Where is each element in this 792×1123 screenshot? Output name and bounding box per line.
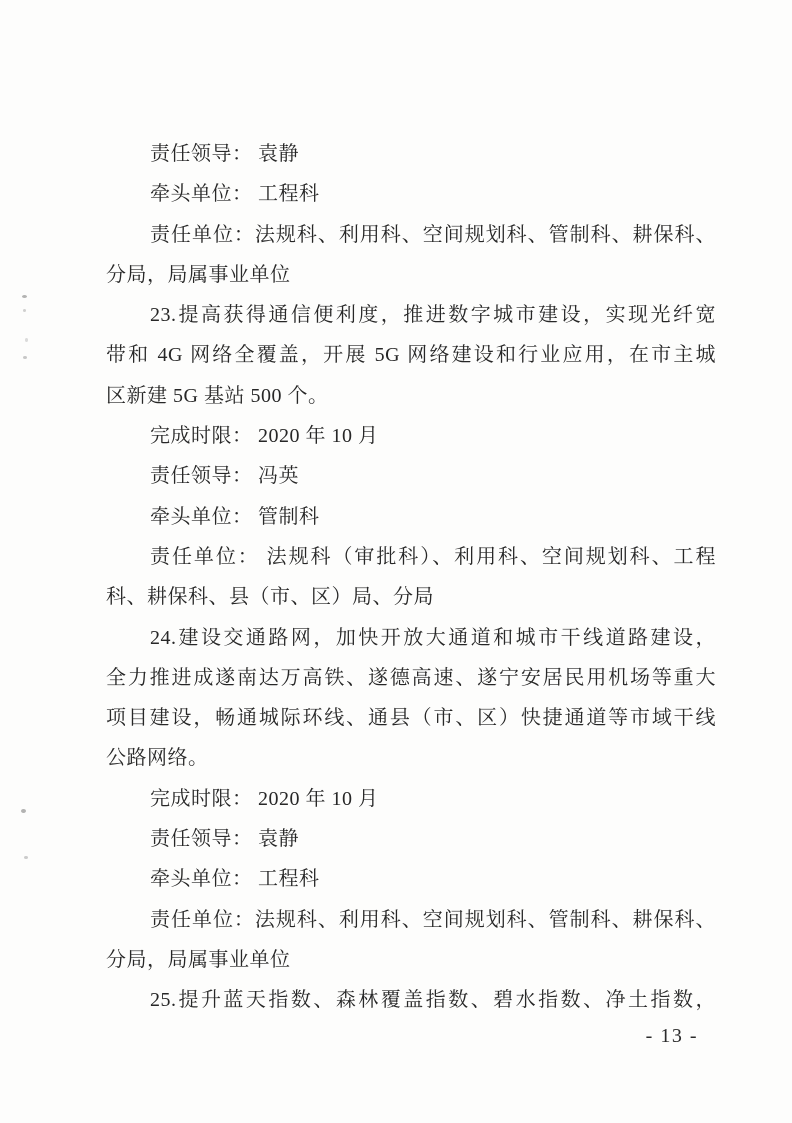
document-line: 完成时限： 2020 年 10 月 [106,779,716,819]
scan-speckle [22,295,27,298]
document-line: 责任单位：法规科、利用科、空间规划科、管制科、耕保科、 [106,900,716,940]
document-line: 23.提高获得通信便利度，推进数字城市建设，实现光纤宽 [106,295,716,335]
scan-speckle [23,356,27,359]
document-line: 带和 4G 网络全覆盖，开展 5G 网络建设和行业应用，在市主城 [106,335,716,375]
document-line: 科、耕保科、县（市、区）局、分局 [106,577,716,617]
document-line: 责任领导： 袁静 [106,819,716,859]
scan-speckle [23,309,26,312]
document-line: 分局，局属事业单位 [106,940,716,980]
document-line: 责任单位： 法规科（审批科）、利用科、空间规划科、工程 [106,537,716,577]
document-line: 公路网络。 [106,738,716,778]
document-line: 完成时限： 2020 年 10 月 [106,416,716,456]
scan-speckle [21,809,26,813]
document-line: 项目建设，畅通城际环线、通县（市、区）快捷通道等市域干线 [106,698,716,738]
page-number: - 13 - [646,1025,698,1048]
scan-speckle [24,856,28,859]
document-line: 全力推进成遂南达万高铁、遂德高速、遂宁安居民用机场等重大 [106,658,716,698]
document-line: 牵头单位： 管制科 [106,497,716,537]
document-line: 牵头单位： 工程科 [106,859,716,899]
document-line: 牵头单位： 工程科 [106,174,716,214]
document-line: 24.建设交通路网，加快开放大通道和城市干线道路建设， [106,618,716,658]
document-line: 区新建 5G 基站 500 个。 [106,376,716,416]
document-line: 责任领导： 冯英 [106,456,716,496]
document-line: 责任领导： 袁静 [106,134,716,174]
document-line: 分局，局属事业单位 [106,255,716,295]
document-page: 责任领导： 袁静牵头单位： 工程科责任单位：法规科、利用科、空间规划科、管制科、… [0,0,792,1123]
scan-speckle [25,338,28,342]
document-line: 责任单位：法规科、利用科、空间规划科、管制科、耕保科、 [106,215,716,255]
document-line: 25.提升蓝天指数、森林覆盖指数、碧水指数、净土指数， [106,980,716,1020]
document-body: 责任领导： 袁静牵头单位： 工程科责任单位：法规科、利用科、空间规划科、管制科、… [106,134,716,1021]
